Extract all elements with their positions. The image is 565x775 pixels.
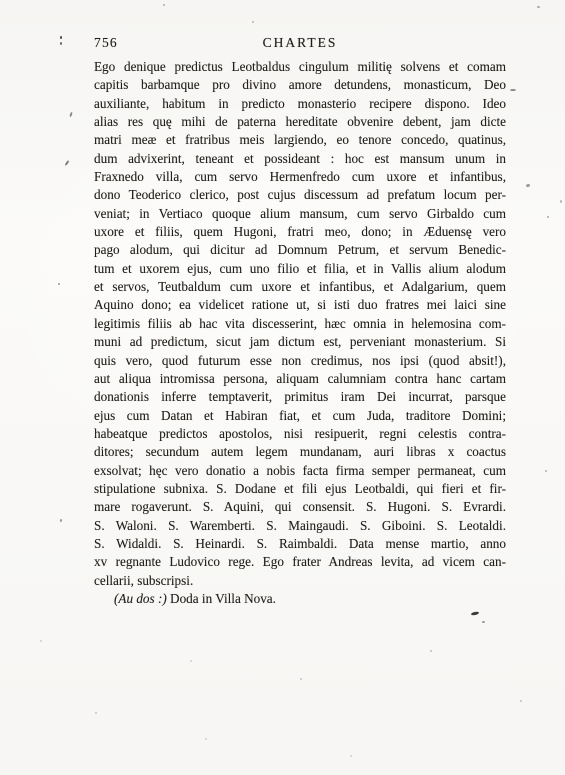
text-line: aut aliqua intromissa persona, aliquam c… bbox=[94, 370, 506, 388]
page-header: 756 CHARTES bbox=[94, 35, 506, 51]
charter-text-block: Ego denique predictus Leotbaldus cingulu… bbox=[94, 58, 506, 608]
scan-speck bbox=[471, 611, 479, 616]
scan-speck bbox=[482, 621, 485, 623]
scan-speck bbox=[252, 21, 254, 23]
text-line: capitis barbamque pro divino amore detun… bbox=[94, 76, 506, 94]
text-line: dum advixerint, teneant et possideant : … bbox=[94, 150, 506, 168]
text-line: stipulatione subnixa. S. Dodane et fili … bbox=[94, 480, 506, 498]
scan-speck bbox=[60, 42, 62, 45]
scan-speck bbox=[190, 660, 192, 662]
postscript-text: Doda in Villa Nova. bbox=[167, 591, 276, 606]
text-line: auxiliante, habitum in predicto monaster… bbox=[94, 95, 506, 113]
scan-speck bbox=[58, 283, 60, 285]
text-line: habeatque predictos apostolos, nisi resi… bbox=[94, 425, 506, 443]
text-line: ejus cum Datan et Habiran fiat, et cum J… bbox=[94, 407, 506, 425]
text-line: Aquino dono; ea videlicet ratione ut, si… bbox=[94, 296, 506, 314]
scan-speck bbox=[64, 160, 69, 166]
text-line: xv regnante Ludovico rege. Ego frater An… bbox=[94, 553, 506, 571]
text-line: exsolvat; hęc vero donatio a nobis facta… bbox=[94, 462, 506, 480]
scanned-page: 756 CHARTES Ego denique predictus Leotba… bbox=[0, 0, 565, 775]
text-line: tum et uxorem ejus, cum uno filio et fil… bbox=[94, 260, 506, 278]
scan-speck bbox=[60, 36, 62, 39]
scan-speck bbox=[547, 216, 549, 218]
text-line: Fraxnedo villa, cum servo Hermenfredo cu… bbox=[94, 168, 506, 186]
text-line: S. Widaldi. S. Heinardi. S. Raimbaldi. D… bbox=[94, 535, 506, 553]
text-line: donationis inferre temptaverit, primitus… bbox=[94, 388, 506, 406]
text-line: matri meæ et fratribus meis largiendo, e… bbox=[94, 131, 506, 149]
scan-speck bbox=[510, 89, 516, 91]
text-line: veniat; in Vertiaco quoque alium mansum,… bbox=[94, 205, 506, 223]
scan-speck bbox=[300, 678, 302, 680]
text-line: Ego denique predictus Leotbaldus cingulu… bbox=[94, 58, 506, 76]
text-line: et servos, Teutbaldum cum uxore et infan… bbox=[94, 278, 506, 296]
scan-speck bbox=[163, 4, 165, 6]
text-line: legitimis filiis ab hac vita discesserin… bbox=[94, 315, 506, 333]
scan-speck bbox=[350, 755, 352, 757]
text-line: muni ad predictum, sicut jam dictum est,… bbox=[94, 333, 506, 351]
text-line: cellarii, subscripsi. bbox=[94, 572, 506, 590]
text-line: ditores; secundum autem legem mundanam, … bbox=[94, 443, 506, 461]
scan-speck bbox=[40, 640, 42, 642]
postscript-line: (Au dos :) Doda in Villa Nova. bbox=[94, 590, 506, 608]
text-line: pago alodum, qui dicitur ad Domnum Petru… bbox=[94, 241, 506, 259]
scan-speck bbox=[526, 183, 531, 187]
text-line: dono Teoderico clerico, post cujus disce… bbox=[94, 186, 506, 204]
scan-speck bbox=[60, 519, 63, 522]
scan-speck bbox=[95, 712, 97, 714]
text-line: alias res quę mihi de paterna hereditate… bbox=[94, 113, 506, 131]
text-line: quis vero, quod futurum esse non credimu… bbox=[94, 352, 506, 370]
postscript-label: (Au dos :) bbox=[114, 591, 167, 606]
scan-speck bbox=[69, 112, 73, 117]
scan-speck bbox=[430, 650, 432, 652]
scan-speck bbox=[537, 6, 540, 8]
running-head: CHARTES bbox=[94, 35, 506, 51]
text-line: mare rogaverunt. S. Aquini, qui consensi… bbox=[94, 498, 506, 516]
scan-speck bbox=[520, 700, 522, 702]
text-line: S. Waloni. S. Waremberti. S. Maingaudi. … bbox=[94, 517, 506, 535]
text-line: uxore et filiis, quem Hugoni, fratri meo… bbox=[94, 223, 506, 241]
scan-speck bbox=[545, 470, 547, 472]
scan-speck bbox=[560, 200, 562, 203]
scan-speck bbox=[205, 738, 207, 740]
charter-lines: Ego denique predictus Leotbaldus cingulu… bbox=[94, 58, 506, 590]
